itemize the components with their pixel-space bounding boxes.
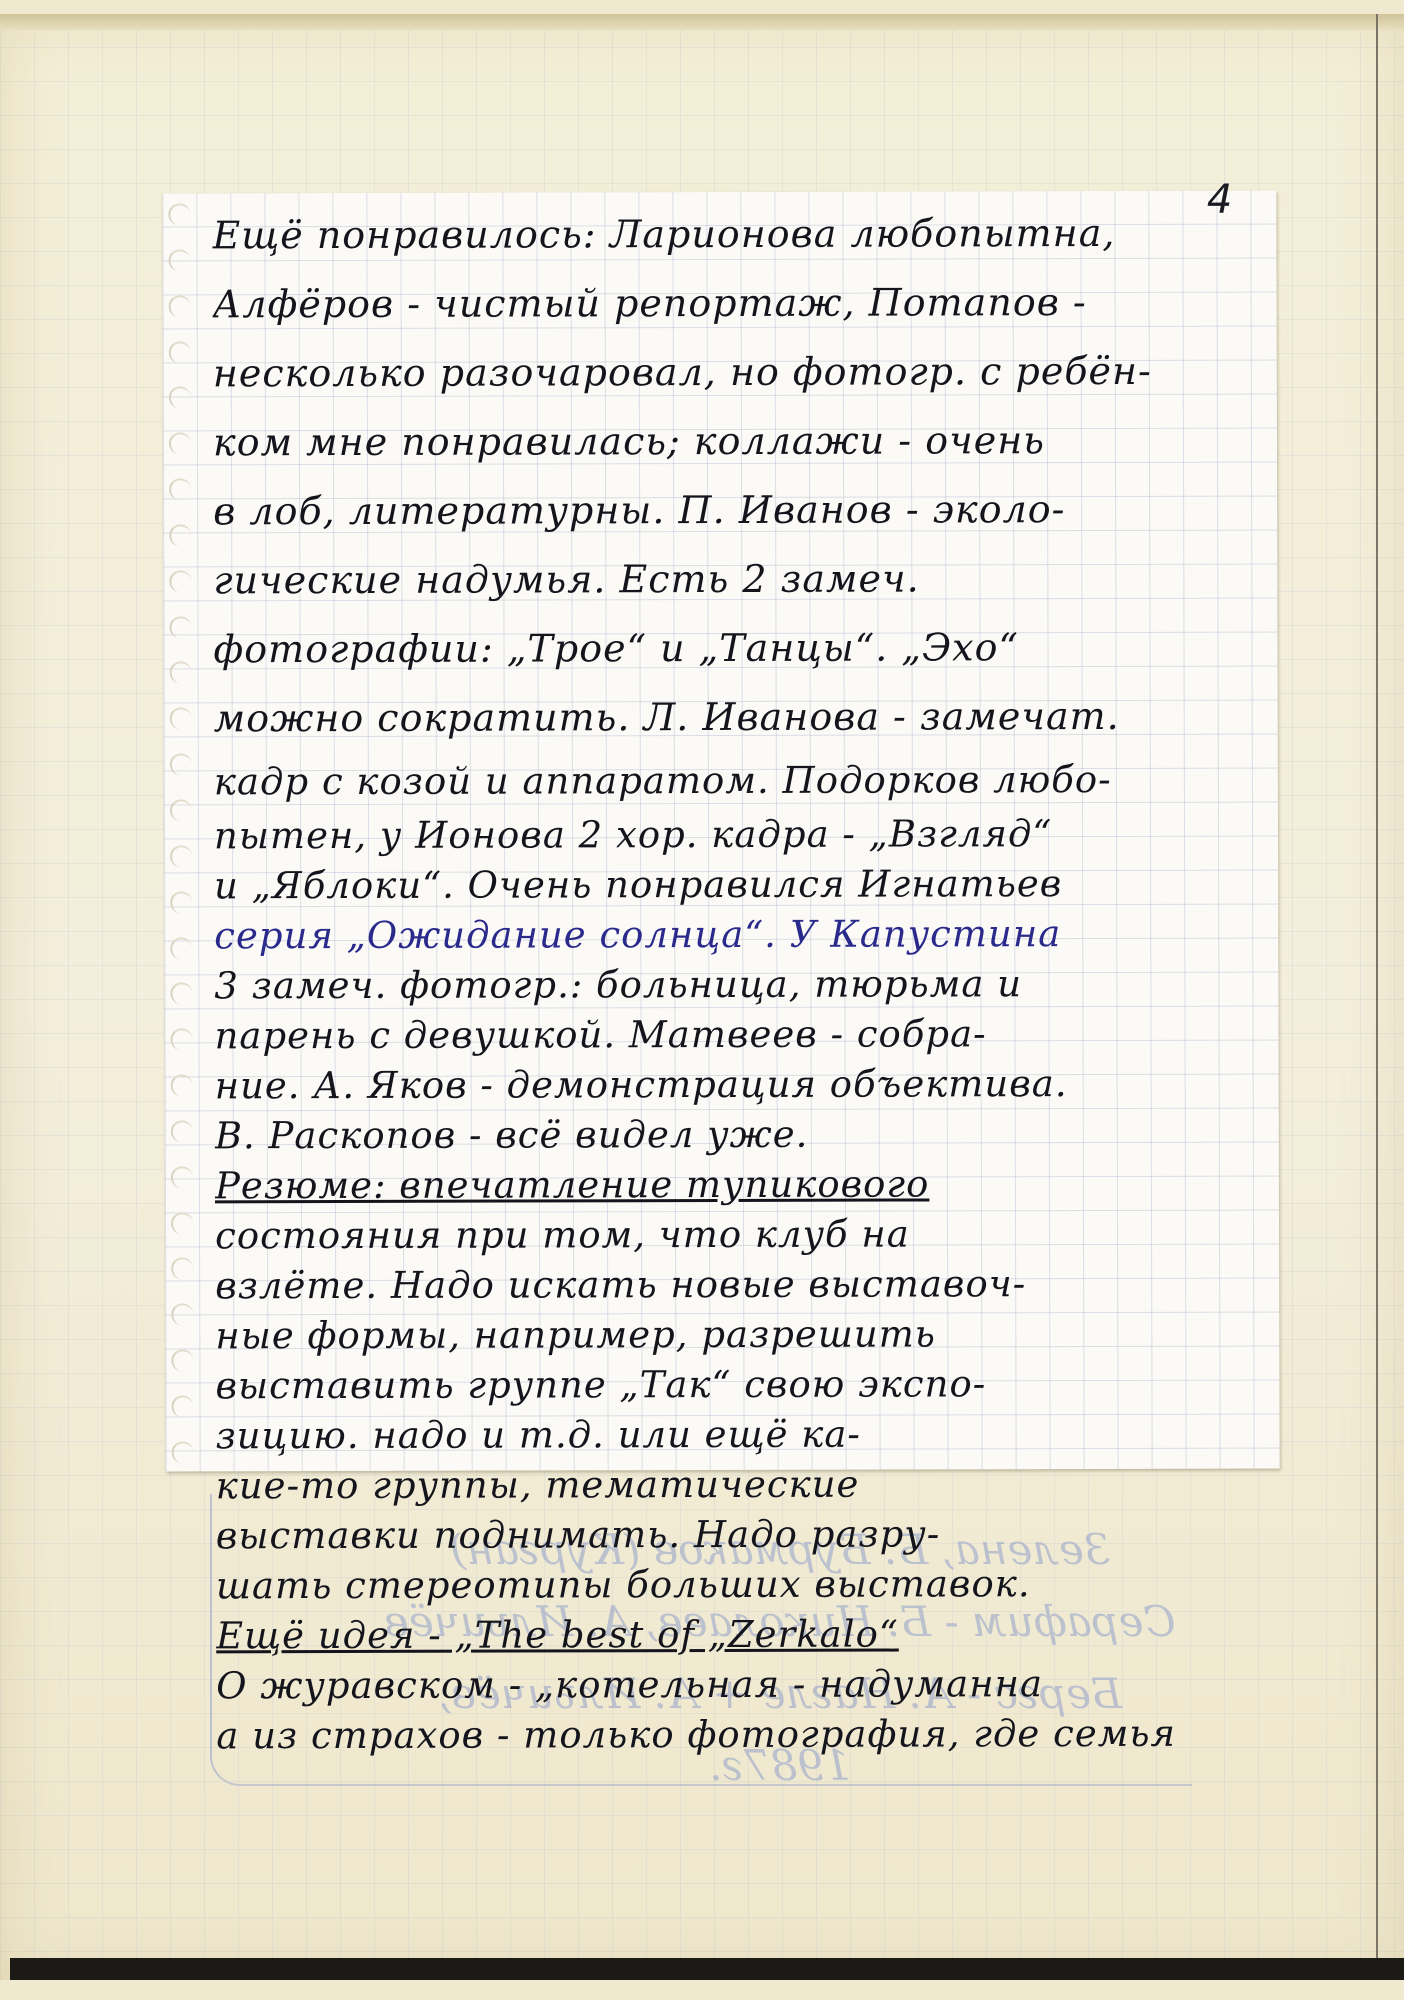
text-line: в лоб, литературны. П. Иванов - эколо- [213, 475, 1253, 547]
text-line: фотографии: „Трое“ и „Танцы“. „Эхо“ [213, 613, 1253, 685]
spiral-hole [170, 983, 192, 1005]
spiral-hole [171, 1212, 193, 1234]
spiral-hole [169, 387, 191, 409]
handwritten-text: Ещё понравилось: Ларионова любопытна, Ал… [212, 199, 1256, 1762]
page-top-edge [0, 14, 1404, 30]
spiral-hole [170, 891, 192, 913]
text-line: ние. А. Яков - демонстрация объектива. [215, 1059, 1255, 1112]
text-line: кадр с козой и аппаратом. Подорков любо- [214, 751, 1254, 812]
text-line: выставить группе „Так“ свою экспо- [215, 1359, 1255, 1412]
text-line: выставки поднимать. Надо разру- [216, 1509, 1256, 1562]
text-line: можно сократить. Л. Иванова - замечат. [214, 682, 1254, 754]
text-line: состояния при том, что клуб на [215, 1209, 1255, 1262]
spiral-hole [169, 616, 191, 638]
pasted-note: 4 Ещё понравилось: Ларионова любопытна, … [162, 191, 1279, 1472]
spiral-hole [170, 754, 192, 776]
spiral-hole [170, 708, 192, 730]
text-line: кие-то группы, тематические [216, 1459, 1256, 1512]
spiral-hole [169, 433, 191, 455]
text-line: и „Яблоки“. Очень понравился Игнатьев [214, 859, 1254, 912]
text-line: 3 замеч. фотогр.: больница, тюрьма и [214, 959, 1254, 1012]
spiral-hole [171, 1074, 193, 1096]
text-line: О журавском - „котельная - надуманна [216, 1659, 1256, 1712]
spiral-hole [168, 249, 190, 271]
spiral-hole [169, 478, 191, 500]
text-line: парень с девушкой. Матвеев - собра- [214, 1009, 1254, 1062]
text-line: серия „Ожидание солнца“. У Капустина [214, 909, 1254, 962]
spiral-hole [172, 1441, 194, 1463]
spiral-hole [171, 1395, 193, 1417]
spiral-hole [171, 1258, 193, 1280]
spiral-hole [170, 662, 192, 684]
text-line: Алфёров - чистый репортаж, Потапов - [213, 268, 1253, 340]
text-line-idea: Ещё идея - „The best of „Zerkalo“ [216, 1609, 1256, 1662]
spiral-hole [171, 1304, 193, 1326]
text-line: шать стереотипы больших выставок. [216, 1559, 1256, 1612]
spiral-hole [171, 1120, 193, 1142]
spiral-hole [169, 524, 191, 546]
margin-line [1376, 14, 1378, 1974]
spiral-hole [171, 1166, 193, 1188]
spiral-hole [170, 799, 192, 821]
text-line: зицию. надо и т.д. или ещё ка- [216, 1409, 1256, 1462]
spiral-hole [169, 341, 191, 363]
text-line: ные формы, например, разрешить [215, 1309, 1255, 1362]
text-line: несколько разочаровал, но фотогр. с ребё… [213, 337, 1253, 409]
text-line: взлёте. Надо искать новые выставоч- [215, 1259, 1255, 1312]
spiral-holes [162, 203, 191, 1463]
text-line-summary: Резюме: впечатление тупикового [215, 1159, 1255, 1212]
text-line: ком мне понравилась; коллажи - очень [213, 406, 1253, 478]
spiral-hole [170, 845, 192, 867]
spiral-hole [169, 295, 191, 317]
spiral-hole [169, 570, 191, 592]
text-line: Ещё понравилось: Ларионова любопытна, [212, 199, 1252, 271]
spiral-hole [170, 937, 192, 959]
text-line: гические надумья. Есть 2 замеч. [213, 544, 1253, 616]
spiral-hole [168, 203, 190, 225]
spiral-hole [171, 1029, 193, 1051]
text-line: В. Раскопов - всё видел уже. [215, 1109, 1255, 1162]
spiral-hole [171, 1349, 193, 1371]
page-bottom-edge [10, 1958, 1404, 1980]
text-line: пытен, у Ионова 2 хор. кадра - „Взгляд“ [214, 809, 1254, 862]
text-line: а из страхов - только фотография, где се… [216, 1709, 1256, 1762]
